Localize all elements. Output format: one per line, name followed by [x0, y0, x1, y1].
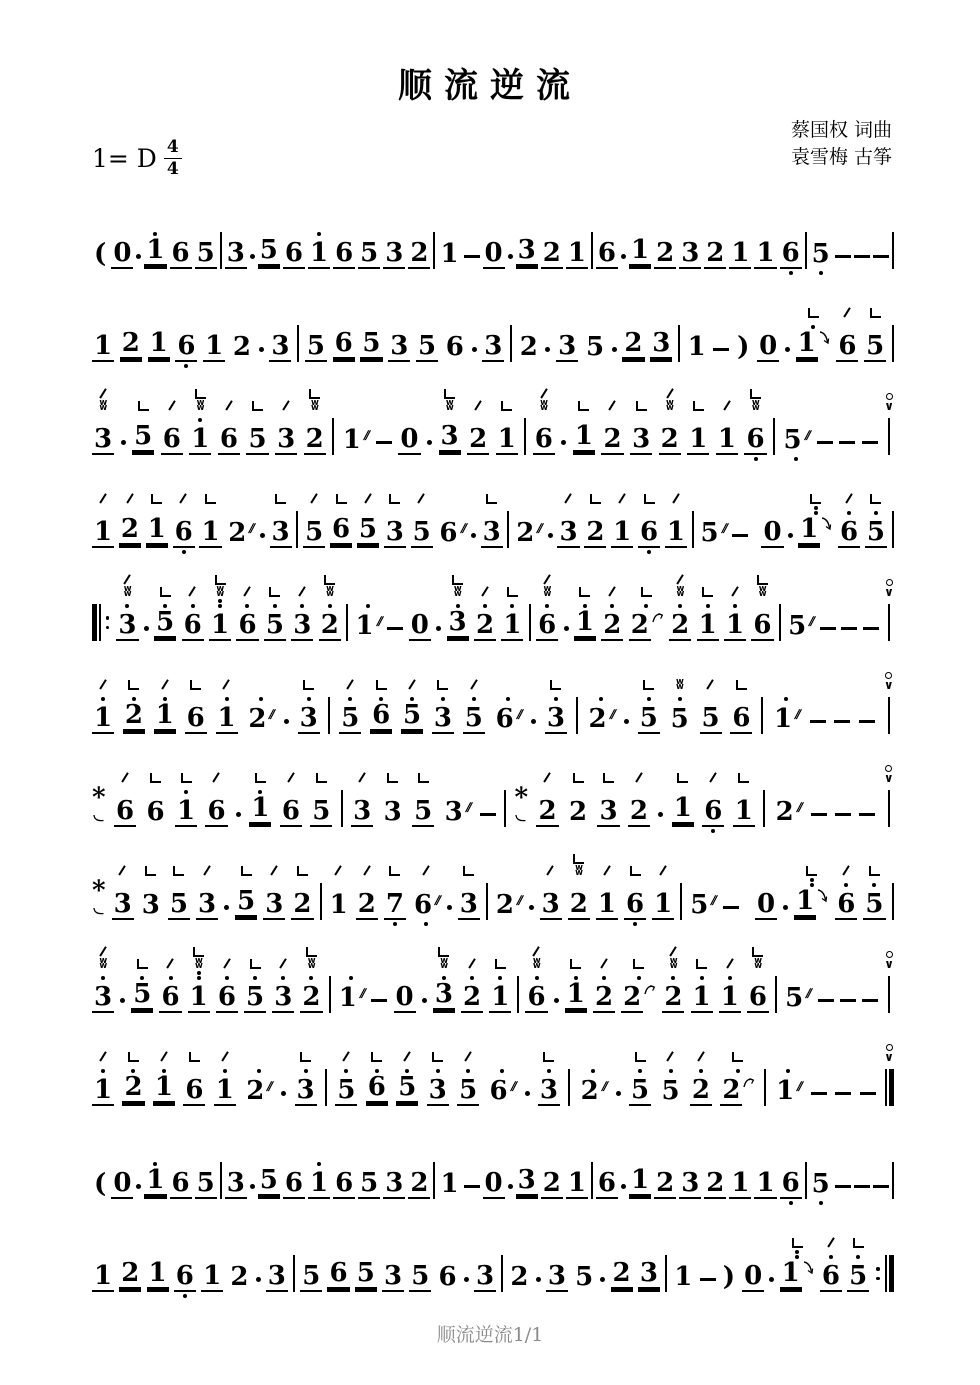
note-token: 2: [601, 400, 623, 466]
slant-fingering-icon: [544, 772, 552, 783]
page-title: 顺流逆流: [0, 58, 980, 107]
note-glyph: ): [735, 333, 751, 362]
note-token: 6: [333, 1155, 355, 1210]
note-glyph: 5: [195, 1170, 217, 1199]
note-token: 5: [409, 1248, 431, 1303]
augmentation-dot: [658, 783, 663, 838]
music-line-2: 12161235653563235231)0165: [0, 280, 980, 373]
note-token: 6: [283, 225, 305, 280]
note-glyph: 3: [546, 1263, 568, 1292]
duration-dash: [387, 597, 403, 652]
barline: [524, 411, 526, 466]
harmonic-mark: [753, 504, 757, 559]
slide-down-icon: [802, 1260, 815, 1279]
note-token: 5: [258, 225, 280, 280]
glissando-icon: //: [608, 707, 615, 721]
note-glyph: 5: [300, 1263, 322, 1292]
huazhi-ornament-icon: *: [514, 783, 528, 838]
slant-fingering-icon: [603, 865, 611, 876]
tremolo-icon: ww: [197, 401, 204, 411]
note-token: 1: [672, 773, 694, 838]
note-glyph: 5: [416, 333, 438, 362]
note-token: 5: [412, 773, 434, 838]
angle-fingering-icon: [432, 1052, 443, 1062]
note-glyph: 2: [720, 1077, 742, 1106]
angle-fingering-icon: [437, 680, 448, 690]
duration-dash: [854, 1155, 870, 1210]
note-glyph: 2: [119, 516, 141, 545]
note-token: 1: [438, 225, 460, 280]
note-glyph: 6: [327, 1260, 349, 1289]
note-token: 6: [283, 1155, 305, 1210]
barline: [501, 1248, 503, 1303]
note-token: 2: [119, 1248, 141, 1303]
note-glyph: 3: [291, 612, 313, 641]
music-line-8: *33535321276//32//3ww21615//0165: [0, 838, 980, 931]
angle-fingering-icon: [387, 773, 398, 783]
duration-dash: [811, 1062, 827, 1117]
barline: [510, 318, 512, 373]
duration-dash: [862, 411, 878, 466]
note-token: 6: [114, 772, 136, 838]
slant-fingering-icon: [287, 772, 295, 783]
music-line-11: (01653561653210321612321165: [0, 1117, 980, 1210]
angle-fingering-icon: [190, 680, 201, 690]
note-glyph: 3: [516, 237, 538, 266]
note-token: 3: [196, 865, 218, 931]
duration-dash: [839, 411, 855, 466]
harmonic-icon: ∨: [884, 579, 894, 597]
note-glyph: 5: [688, 891, 710, 920]
note-glyph: 3: [481, 519, 503, 548]
sheet-music-page: 顺流逆流 1= D 4 4 蔡国权 词曲 袁雪梅 古筝 (01653561653…: [0, 0, 980, 1385]
note-glyph: 1: [687, 426, 709, 455]
note-token: 2: [123, 680, 145, 745]
note-glyph: 3: [443, 798, 465, 827]
barline: [320, 876, 322, 931]
angle-fingering-icon: [316, 773, 327, 783]
slant-fingering-icon: [731, 586, 739, 597]
note-token: 2//: [587, 690, 616, 745]
duration-dash: [713, 318, 729, 373]
barline: [329, 976, 331, 1013]
note-glyph: 1: [652, 891, 674, 920]
tremolo-icon: ww: [540, 401, 547, 411]
slant-fingering-icon: [121, 772, 129, 783]
angle-fingering-icon: [732, 1052, 743, 1062]
note-token: 3: [545, 680, 567, 745]
note-token: 1: [148, 318, 170, 373]
note-token: 6//: [494, 690, 523, 745]
note-glyph: 3: [597, 798, 619, 827]
note-token: 5: [865, 494, 887, 559]
note-token: 5: [863, 866, 885, 931]
tremolo-icon: ww: [676, 680, 683, 690]
duration-dash: [820, 597, 836, 652]
angle-fingering-icon: [870, 308, 881, 318]
note-glyph: 3: [557, 519, 579, 548]
note-token: ww1: [188, 947, 210, 1024]
glissando-icon: //: [358, 986, 365, 1000]
note-token: 6: [327, 1248, 349, 1303]
note-token: 5: [463, 679, 485, 745]
tremolo-icon: ww: [533, 959, 540, 969]
barline: [888, 418, 890, 455]
angle-fingering-icon: [463, 866, 474, 876]
slant-fingering-icon: [189, 586, 197, 597]
slant-fingering-icon: [418, 493, 426, 504]
slant-fingering-icon: [481, 586, 489, 597]
barline: [892, 1155, 894, 1210]
note-token: ww3: [433, 947, 455, 1024]
note-glyph: 3: [540, 891, 562, 920]
glissando-icon: //: [536, 521, 543, 535]
note-glyph: 3: [269, 333, 291, 362]
barline: ∨: [884, 765, 894, 838]
note-token: 2: [611, 1248, 633, 1303]
tremolo-icon: ww: [326, 587, 333, 597]
angle-fingering-icon: [255, 773, 266, 783]
angle-fingering-icon: [275, 494, 286, 504]
note-glyph: 1: [672, 795, 694, 824]
augmentation-dot: [471, 504, 476, 559]
note-glyph: 1: [489, 984, 511, 1013]
note-token: 2//: [494, 876, 523, 931]
slant-fingering-icon: [600, 958, 608, 969]
note-glyph: 2: [508, 1263, 530, 1292]
augmentation-dot: [788, 504, 793, 559]
note-token: 1: [147, 1248, 169, 1303]
note-glyph: 5: [131, 981, 153, 1010]
barline: [220, 232, 222, 269]
slant-fingering-icon: [363, 865, 371, 876]
note-glyph: 1: [144, 1167, 166, 1196]
duration-dash: [854, 225, 870, 280]
angle-fingering-icon: [702, 587, 713, 597]
note-token: 2: [122, 1052, 144, 1117]
duration-dash: [732, 504, 748, 559]
note-token: 0: [394, 969, 416, 1024]
barline: [892, 232, 894, 269]
barline: [885, 1069, 894, 1106]
note-token: 5: [357, 493, 379, 559]
note-token: 1: [565, 959, 587, 1024]
angle-fingering-icon: [138, 401, 149, 411]
slide-up-icon: [742, 1074, 755, 1093]
note-glyph: 2: [690, 1077, 712, 1106]
note-glyph: 2: [231, 333, 253, 362]
note-glyph: 2: [123, 702, 145, 731]
note-glyph: 2: [601, 612, 623, 641]
note-token: 1: [92, 493, 114, 559]
note-glyph: 3: [516, 1167, 538, 1196]
note-token: 1: [729, 225, 751, 280]
note-token: 1: [146, 494, 168, 559]
note-glyph: 6: [280, 798, 302, 827]
slant-fingering-icon: [99, 679, 107, 690]
note-glyph: 2: [587, 705, 609, 734]
note-token: 2: [567, 773, 589, 838]
note-glyph: 2: [536, 798, 558, 827]
note-glyph: 3: [140, 891, 162, 920]
note-token: ww2: [669, 574, 691, 652]
note-token: 3: [225, 1155, 247, 1210]
barline: [773, 418, 775, 455]
augmentation-dot: [561, 411, 566, 466]
note-glyph: 6: [333, 330, 355, 359]
note-token: 6: [836, 307, 858, 373]
augmentation-dot: [281, 1062, 286, 1117]
note-token: 3: [225, 225, 247, 280]
note-token: 1: [629, 1155, 651, 1210]
note-glyph: 1: [574, 609, 596, 638]
tremolo-icon: ww: [440, 959, 447, 969]
glissando-icon: //: [515, 893, 522, 907]
note-token: 6: [280, 772, 302, 838]
augmentation-dot: [554, 969, 559, 1024]
note-token: ww3: [92, 388, 114, 466]
note-token: 3: [630, 401, 652, 466]
note-glyph: 5: [339, 705, 361, 734]
notation-symbol: ): [721, 1248, 737, 1303]
note-token: 6//: [412, 865, 441, 931]
note-token: 6: [835, 865, 857, 931]
angle-fingering-icon: [173, 866, 184, 876]
angle-fingering-icon: [252, 401, 263, 411]
angle-fingering-icon: [151, 494, 162, 504]
music-line-5: ww356ww1653ww21//0ww321ww6122ww211ww65//…: [0, 559, 980, 652]
note-glyph: 5: [810, 240, 832, 269]
note-glyph: 6: [174, 1263, 196, 1292]
duration-dash: [841, 597, 857, 652]
augmentation-dot: [464, 1248, 469, 1303]
note-token: 2//: [514, 504, 543, 559]
barline: [775, 969, 777, 1024]
slant-fingering-icon: [279, 958, 287, 969]
slant-fingering-icon: [346, 679, 354, 690]
note-token: 2: [654, 1155, 676, 1210]
note-glyph: 1: [794, 888, 816, 917]
note-token: 6: [218, 400, 240, 466]
note-glyph: 1: [691, 984, 713, 1013]
notation-symbol: (: [92, 1155, 108, 1210]
note-glyph: 2: [291, 891, 313, 920]
note-glyph: 7: [384, 891, 406, 920]
note-glyph: 2: [319, 612, 341, 641]
note-token: 0: [409, 597, 431, 652]
note-glyph: 5: [412, 798, 434, 827]
angle-fingering-icon: [145, 866, 156, 876]
duration-dash: [860, 1062, 876, 1117]
note-glyph: (: [92, 1170, 108, 1199]
note-glyph: 0: [394, 984, 416, 1013]
note-glyph: 1: [92, 1077, 114, 1106]
note-glyph: 6: [159, 984, 181, 1013]
note-glyph: 2: [654, 1170, 676, 1199]
augmentation-dot: [529, 876, 534, 931]
note-token: 2: [518, 318, 540, 373]
note-glyph: 5: [700, 705, 722, 734]
angle-fingering-icon: [869, 866, 880, 876]
note-glyph: 6: [780, 240, 802, 269]
note-token: 1: [686, 318, 708, 373]
note-glyph: 3: [225, 240, 247, 269]
note-token: 5: [303, 493, 325, 559]
note-token: 3: [275, 400, 297, 466]
note-token: 1: [672, 1248, 694, 1303]
slide-up-icon: [651, 609, 664, 628]
slant-fingering-icon: [310, 493, 318, 504]
augmentation-dot: [259, 318, 264, 373]
note-token: ww6: [536, 574, 558, 652]
barline: [328, 697, 330, 734]
harmonic-icon: ∨: [884, 393, 894, 411]
barline: [220, 1162, 222, 1199]
note-token: 1: [328, 865, 350, 931]
note-glyph: 6: [780, 1170, 802, 1199]
note-glyph: 5: [847, 1263, 869, 1292]
note-glyph: 1: [92, 705, 114, 734]
note-glyph: 5: [783, 984, 805, 1013]
barline: [507, 511, 509, 548]
note-glyph: 5: [310, 798, 332, 827]
note-glyph: 3: [679, 1170, 701, 1199]
note-token: 3: [432, 680, 454, 745]
barline: [297, 325, 299, 362]
barline: [433, 1155, 435, 1210]
note-token: 2//: [579, 1062, 608, 1117]
slant-fingering-icon: [180, 493, 188, 504]
note-glyph: 6: [702, 798, 724, 827]
note-glyph: 5: [457, 1077, 479, 1106]
note-token: 5: [355, 1248, 377, 1303]
note-token: 6: [638, 494, 660, 559]
note-token: 3: [383, 225, 405, 280]
note-glyph: 5: [865, 519, 887, 548]
note-glyph: 6: [370, 702, 392, 731]
music-lines: (016535616532103216123211651216123565356…: [0, 187, 980, 1303]
barline: [576, 690, 578, 745]
glissando-icon: //: [509, 1079, 516, 1093]
time-signature-numerator: 4: [164, 139, 182, 159]
glissando-icon: //: [720, 521, 727, 535]
note-glyph: 3: [263, 891, 285, 920]
note-token: 0: [398, 411, 420, 466]
note-token: 6: [838, 493, 860, 559]
note-glyph: 2: [541, 1170, 563, 1199]
note-glyph: 2: [704, 240, 726, 269]
angle-fingering-icon: [643, 680, 654, 690]
angle-fingering-icon: [590, 494, 601, 504]
note-token: 1//: [341, 411, 370, 466]
tremolo-icon: ww: [754, 959, 761, 969]
note-glyph: 1: [780, 1260, 802, 1289]
note-glyph: 1: [754, 240, 776, 269]
note-token: 3: [638, 1248, 660, 1303]
note-token: 3: [388, 318, 410, 373]
note-glyph: 6: [182, 612, 204, 641]
barline: [678, 318, 680, 373]
barline: [874, 1255, 893, 1292]
duration-dash: [863, 597, 879, 652]
note-glyph: 5: [235, 888, 257, 917]
note-glyph: 3: [196, 891, 218, 920]
slant-fingering-icon: [99, 493, 107, 504]
note-token: ww3: [439, 389, 461, 466]
slant-fingering-icon: [221, 1051, 229, 1062]
note-token: 0: [483, 225, 505, 280]
barline: [529, 604, 531, 641]
note-glyph: 0: [483, 1170, 505, 1199]
note-glyph: 6: [730, 705, 752, 734]
note-glyph: 1: [629, 237, 651, 266]
barline: [761, 697, 763, 734]
note-token: 2: [541, 1155, 563, 1210]
note-token: 3: [474, 1248, 496, 1303]
note-glyph: 5: [669, 705, 691, 734]
note-glyph: 3: [439, 423, 461, 452]
note-glyph: 6: [838, 519, 860, 548]
angle-fingering-icon: [128, 680, 139, 690]
note-glyph: 5: [786, 612, 808, 641]
augmentation-dot: [284, 690, 289, 745]
augmentation-dot: [600, 1248, 605, 1303]
note-token: 2: [690, 1051, 712, 1117]
note-glyph: 2: [122, 1074, 144, 1103]
barline: [888, 604, 890, 641]
huazhi-ornament-icon: *: [92, 876, 106, 931]
note-token: 1: [489, 959, 511, 1024]
barline: [524, 418, 526, 455]
note-glyph: 2: [518, 333, 540, 362]
tremolo-icon: ww: [99, 959, 106, 969]
angle-fingering-icon: [644, 494, 655, 504]
note-token: 0: [111, 1155, 133, 1210]
slant-fingering-icon: [408, 679, 416, 690]
note-glyph: 1: [565, 981, 587, 1010]
note-token: 1: [216, 679, 238, 745]
note-token: 1: [754, 225, 776, 280]
note-glyph: 3: [538, 1077, 560, 1106]
note-glyph: 1: [716, 426, 738, 455]
note-token: 5: [168, 866, 190, 931]
augmentation-dot: [121, 411, 126, 466]
note-token: 6: [183, 1052, 205, 1117]
barline: [517, 969, 519, 1024]
note-glyph: 6: [170, 240, 192, 269]
note-token: 1: [796, 308, 831, 373]
note-glyph: 2: [662, 984, 684, 1013]
note-glyph: 1: [672, 1263, 694, 1292]
note-glyph: 1: [216, 705, 238, 734]
note-token: 3: [298, 680, 320, 745]
note-glyph: 1: [724, 612, 746, 641]
note-glyph: 1: [308, 240, 330, 269]
note-token: 3//: [443, 783, 472, 838]
note-token: 1: [573, 401, 595, 466]
note-glyph: 2: [774, 798, 796, 827]
note-token: 6: [596, 1155, 618, 1210]
note-glyph: 6: [185, 705, 207, 734]
note-token: 6: [820, 1237, 842, 1303]
note-glyph: 5: [258, 237, 280, 266]
note-glyph: 3: [116, 612, 138, 641]
slant-fingering-icon: [474, 400, 482, 411]
angle-fingering-icon: [696, 959, 707, 969]
note-token: 5: [335, 1051, 357, 1117]
note-glyph: 1: [438, 1170, 460, 1199]
note-glyph: 5: [396, 1074, 418, 1103]
